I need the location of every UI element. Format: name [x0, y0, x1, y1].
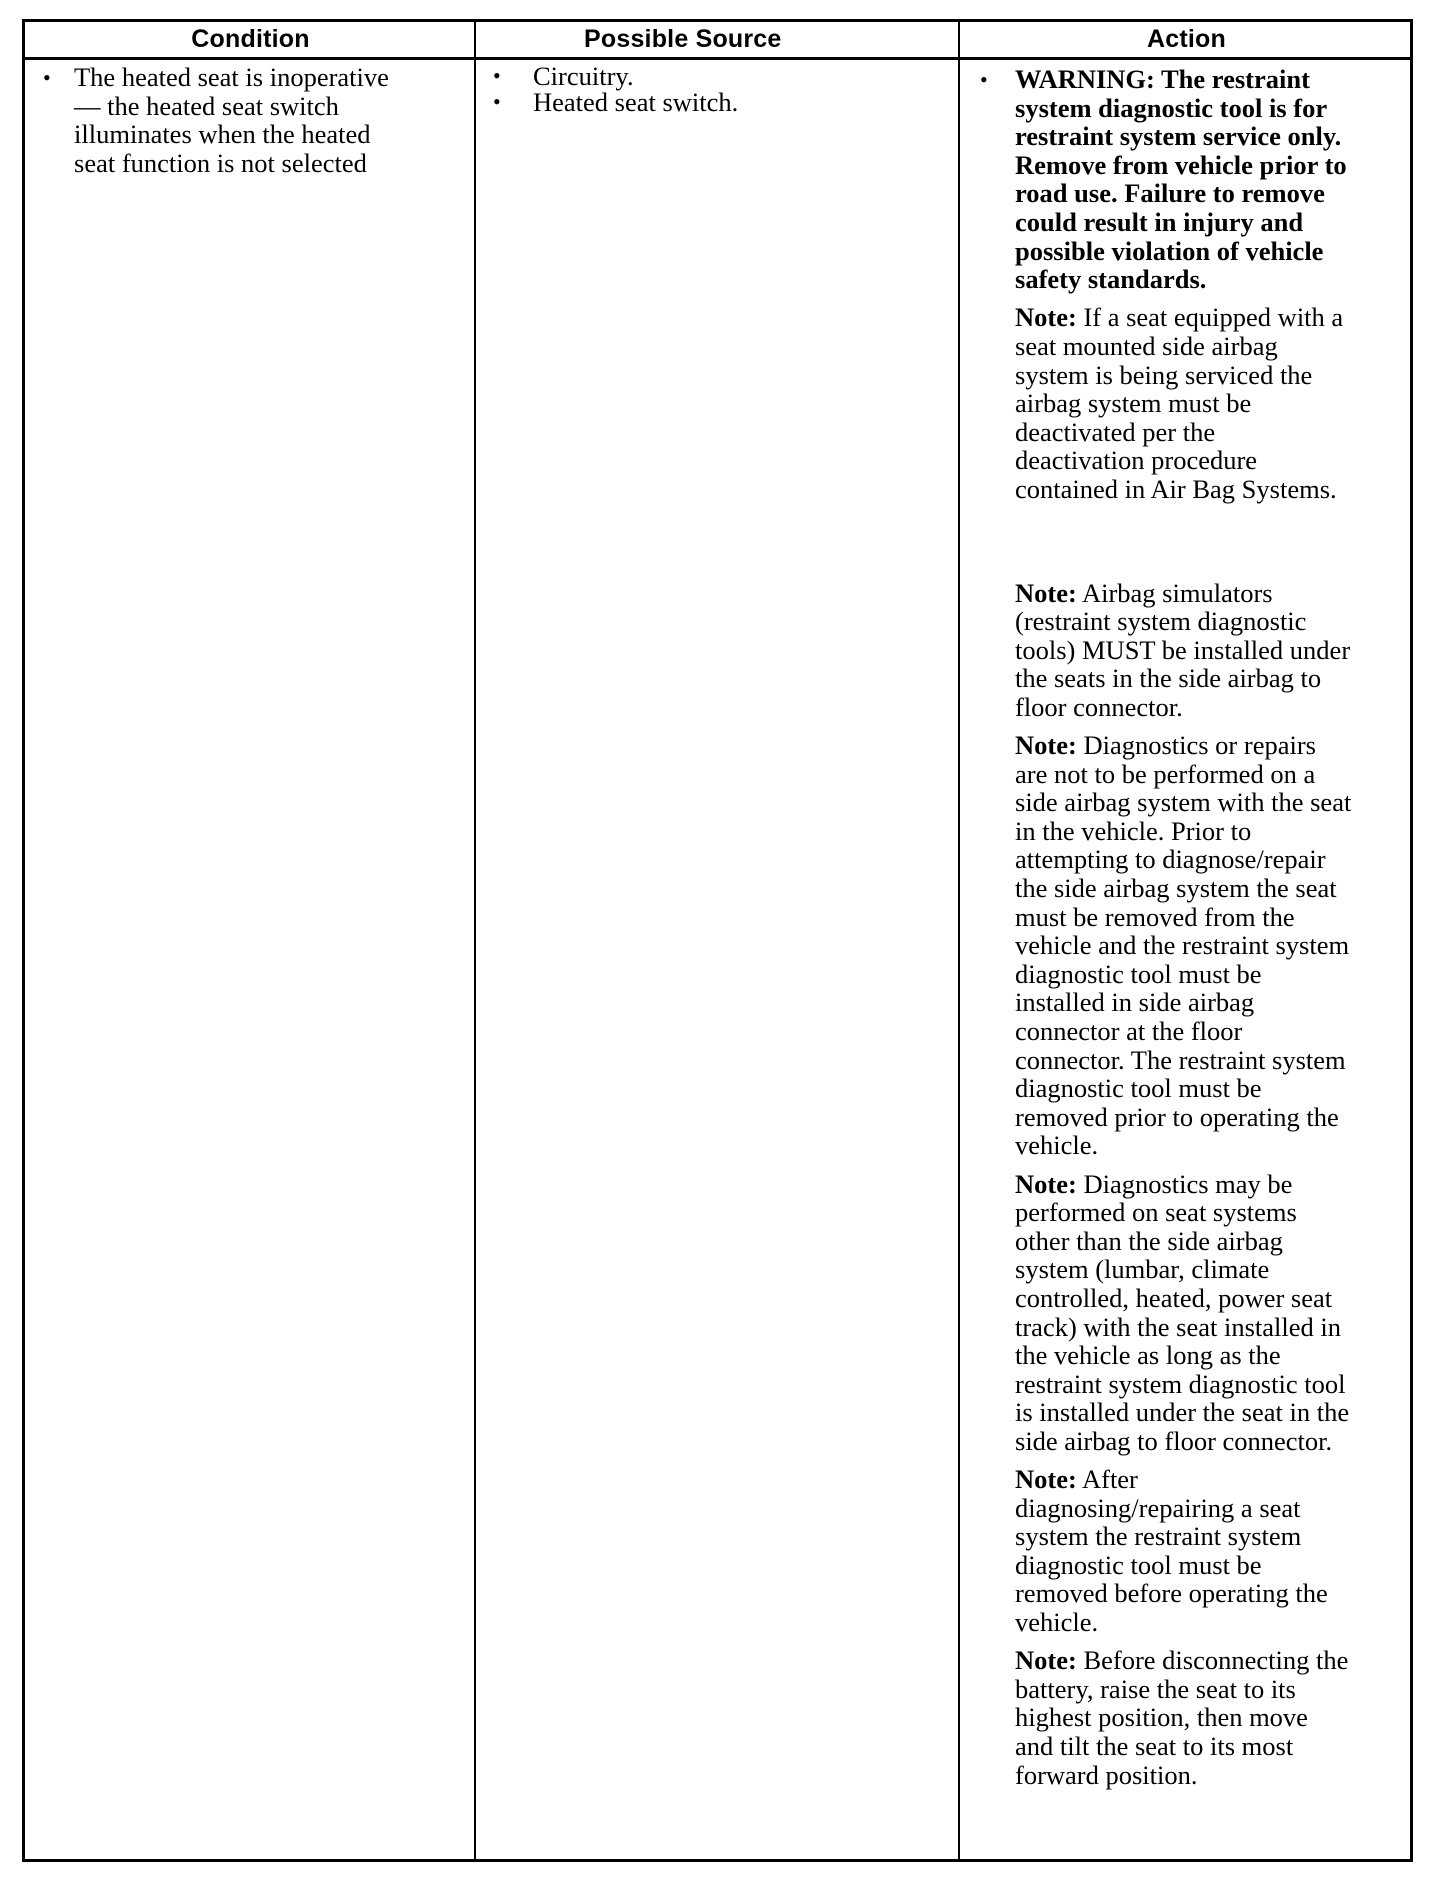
note-line: deactivation procedure — [1015, 446, 1413, 475]
header-condition-label: Condition — [191, 25, 309, 54]
note-line: floor connector. — [1015, 693, 1413, 722]
note-line: diagnostic tool must be — [1015, 960, 1413, 989]
condition-cell: • The heated seat is inoperative — the h… — [25, 60, 474, 1859]
diagnostic-table: Condition Possible Source Action • The h… — [22, 19, 1413, 1862]
note-first-line: Note: Diagnostics or repairs — [1015, 731, 1413, 760]
note-paragraph-simulators: Note: Airbag simulators (restraint syste… — [1015, 579, 1413, 722]
warning-line: safety standards. — [1015, 265, 1413, 294]
header-action-label: Action — [1147, 25, 1226, 54]
note-text: Before disconnecting the — [1077, 1645, 1349, 1675]
note-label: Note: — [1015, 730, 1077, 760]
note-line: vehicle. — [1015, 1131, 1413, 1160]
action-item: • WARNING: The restraint system diagnost… — [960, 65, 1413, 1789]
note-first-line: Note: Airbag simulators — [1015, 579, 1413, 608]
note-line: is installed under the seat in the — [1015, 1398, 1413, 1427]
note-first-line: Note: After — [1015, 1465, 1413, 1494]
note-line: connector. The restraint system — [1015, 1046, 1413, 1075]
note-line: attempting to diagnose/repair — [1015, 845, 1413, 874]
note-first-line: Note: Diagnostics may be — [1015, 1170, 1413, 1199]
note-line: battery, raise the seat to its — [1015, 1675, 1413, 1704]
note-line: the vehicle as long as the — [1015, 1341, 1413, 1370]
warning-line: road use. Failure to remove — [1015, 179, 1413, 208]
note-line: vehicle and the restraint system — [1015, 931, 1413, 960]
note-line: the seats in the side airbag to — [1015, 664, 1413, 693]
note-line: performed on seat systems — [1015, 1198, 1413, 1227]
note-line: diagnostic tool must be — [1015, 1074, 1413, 1103]
note-line: connector at the floor — [1015, 1017, 1413, 1046]
note-line: system the restraint system — [1015, 1522, 1413, 1551]
source-item: • Heated seat switch. — [476, 89, 958, 115]
note-line: the side airbag system the seat — [1015, 874, 1413, 903]
note-line: airbag system must be — [1015, 389, 1413, 418]
note-line: removed prior to operating the — [1015, 1103, 1413, 1132]
source-cell: • Circuitry. • Heated seat switch. — [476, 60, 958, 1859]
note-paragraph-other-systems: Note: Diagnostics may be performed on se… — [1015, 1170, 1413, 1456]
note-line: side airbag system with the seat — [1015, 788, 1413, 817]
note-text: After — [1077, 1464, 1138, 1494]
note-line: restraint system diagnostic tool — [1015, 1370, 1413, 1399]
note-line: (restraint system diagnostic — [1015, 607, 1413, 636]
warning-line: WARNING: The restraint — [1015, 65, 1413, 94]
warning-line: could result in injury and — [1015, 208, 1413, 237]
header-source-label: Possible Source — [584, 25, 782, 54]
warning-line: Remove from vehicle prior to — [1015, 151, 1413, 180]
note-paragraph-battery: Note: Before disconnecting the battery, … — [1015, 1646, 1413, 1789]
bullet-icon: • — [493, 63, 501, 89]
note-line: other than the side airbag — [1015, 1227, 1413, 1256]
condition-line: illuminates when the heated — [74, 120, 474, 149]
source-text: Circuitry. — [533, 63, 958, 89]
warning-line: restraint system service only. — [1015, 122, 1413, 151]
note-line: removed before operating the — [1015, 1579, 1413, 1608]
note-text: Diagnostics or repairs — [1077, 730, 1316, 760]
header-condition: Condition — [25, 22, 476, 60]
warning-paragraph: WARNING: The restraint system diagnostic… — [1015, 65, 1413, 294]
note-text: If a seat equipped with a — [1077, 302, 1343, 332]
note-line: diagnostic tool must be — [1015, 1551, 1413, 1580]
note-paragraph-deactivation: Note: If a seat equipped with a seat mou… — [1015, 303, 1413, 503]
source-item: • Circuitry. — [476, 63, 958, 89]
note-line: vehicle. — [1015, 1608, 1413, 1637]
note-line: diagnosing/repairing a seat — [1015, 1494, 1413, 1523]
note-line: must be removed from the — [1015, 903, 1413, 932]
warning-line: system diagnostic tool is for — [1015, 94, 1413, 123]
note-label: Note: — [1015, 1645, 1077, 1675]
note-line: deactivated per the — [1015, 418, 1413, 447]
warning-line: possible violation of vehicle — [1015, 237, 1413, 266]
condition-item: • The heated seat is inoperative — the h… — [25, 63, 474, 177]
note-line: installed in side airbag — [1015, 988, 1413, 1017]
note-label: Note: — [1015, 1169, 1077, 1199]
note-line: seat mounted side airbag — [1015, 332, 1413, 361]
note-line: are not to be performed on a — [1015, 760, 1413, 789]
bullet-icon: • — [43, 64, 51, 93]
note-label: Note: — [1015, 302, 1077, 332]
note-line: controlled, heated, power seat — [1015, 1284, 1413, 1313]
note-line: contained in Air Bag Systems. — [1015, 475, 1413, 504]
condition-line: seat function is not selected — [74, 149, 474, 178]
note-first-line: Note: If a seat equipped with a — [1015, 303, 1413, 332]
note-text: Airbag simulators — [1077, 578, 1273, 608]
note-line: system (lumbar, climate — [1015, 1255, 1413, 1284]
note-line: in the vehicle. Prior to — [1015, 817, 1413, 846]
condition-line: The heated seat is inoperative — [74, 63, 474, 92]
note-label: Note: — [1015, 578, 1077, 608]
bullet-icon: • — [980, 66, 988, 95]
note-line: track) with the seat installed in — [1015, 1313, 1413, 1342]
action-cell: • WARNING: The restraint system diagnost… — [960, 60, 1413, 1859]
note-first-line: Note: Before disconnecting the — [1015, 1646, 1413, 1675]
note-line: tools) MUST be installed under — [1015, 636, 1413, 665]
header-action: Action — [960, 22, 1413, 60]
note-text: Diagnostics may be — [1077, 1169, 1293, 1199]
note-paragraph-after-repair: Note: After diagnosing/repairing a seat … — [1015, 1465, 1413, 1637]
source-text: Heated seat switch. — [533, 89, 958, 115]
note-line: and tilt the seat to its most — [1015, 1732, 1413, 1761]
note-paragraph-repairs: Note: Diagnostics or repairs are not to … — [1015, 731, 1413, 1160]
note-label: Note: — [1015, 1464, 1077, 1494]
note-line: side airbag to floor connector. — [1015, 1427, 1413, 1456]
condition-line: — the heated seat switch — [74, 92, 474, 121]
note-line: forward position. — [1015, 1761, 1413, 1790]
note-line: system is being serviced the — [1015, 361, 1413, 390]
note-line: highest position, then move — [1015, 1703, 1413, 1732]
header-possible-source: Possible Source — [476, 22, 960, 60]
bullet-icon: • — [493, 89, 501, 115]
